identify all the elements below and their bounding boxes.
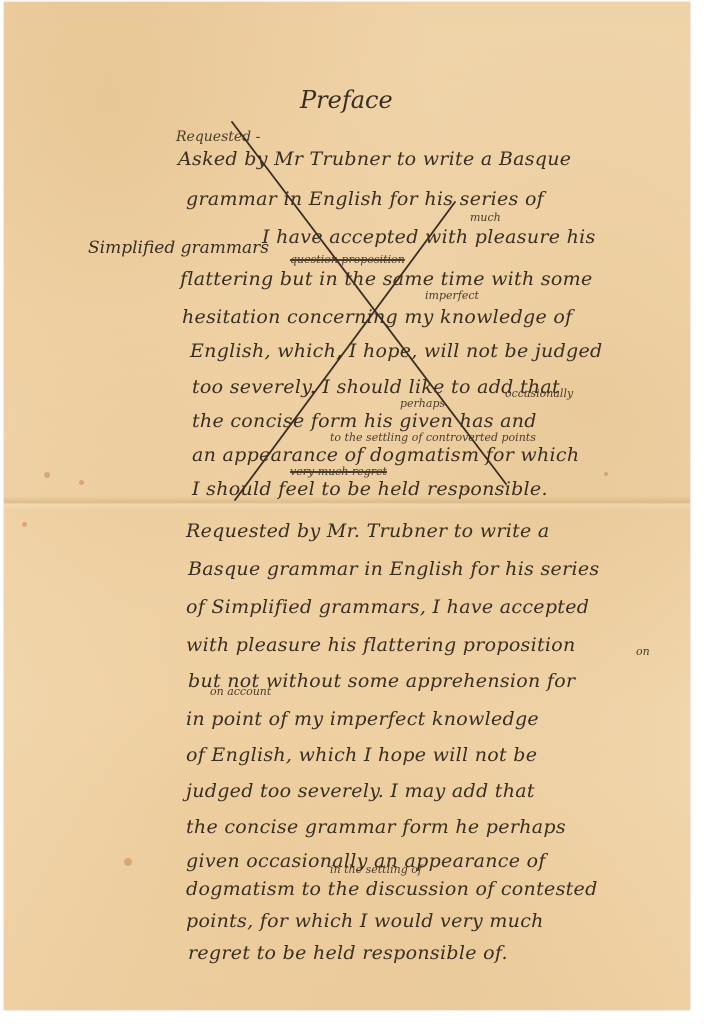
foxing-spot bbox=[604, 472, 608, 476]
revised-line: Basque grammar in English for his series bbox=[188, 560, 599, 579]
draft-line: I should feel to be held responsible. bbox=[192, 480, 548, 499]
revised-line: in point of my imperfect knowledge bbox=[186, 710, 539, 729]
draft-line: I have accepted with pleasure his bbox=[262, 228, 596, 247]
foxing-spot bbox=[79, 480, 84, 485]
foxing-spot bbox=[124, 858, 132, 866]
insertion-on-account: on account bbox=[210, 686, 271, 697]
foxing-spot bbox=[22, 522, 27, 527]
draft-line: the concise form his given has and bbox=[192, 412, 537, 431]
insertion-requested: Requested - bbox=[176, 130, 260, 144]
revised-line: points, for which I would very much bbox=[186, 912, 544, 931]
insertion-occasionally: occasionally bbox=[505, 388, 573, 399]
revised-line: Requested by Mr. Trubner to write a bbox=[186, 522, 550, 541]
insertion-controverted: to the settling of controverted points bbox=[330, 432, 536, 443]
revised-line: regret to be held responsible of. bbox=[188, 944, 508, 963]
revised-line: judged too severely. I may add that bbox=[186, 782, 535, 801]
page-title: Preface bbox=[300, 88, 393, 112]
draft-line: an appearance of dogmatism for which bbox=[192, 446, 579, 465]
revised-line: with pleasure his flattering proposition bbox=[186, 636, 576, 655]
margin-note: Simplified grammars bbox=[88, 240, 269, 257]
insertion-much: much bbox=[470, 212, 501, 223]
draft-line: grammar in English for his series of bbox=[186, 190, 544, 209]
revised-line: of English, which I hope will not be bbox=[186, 746, 537, 765]
foxing-spot bbox=[44, 472, 50, 478]
revised-line: dogmatism to the discussion of contested bbox=[186, 880, 598, 899]
insertion-perhaps: perhaps bbox=[400, 398, 445, 409]
insertion-regret: very much regret bbox=[290, 466, 387, 477]
insertion-proposition: question proposition bbox=[290, 254, 405, 265]
draft-line: hesitation concerning my knowledge of bbox=[182, 308, 572, 327]
revised-line: the concise grammar form he perhaps bbox=[186, 818, 566, 837]
revised-line: of Simplified grammars, I have accepted bbox=[186, 598, 589, 617]
insertion-on: on bbox=[636, 646, 650, 657]
insertion-imperfect: imperfect bbox=[425, 290, 479, 301]
draft-line: English, which, I hope, will not be judg… bbox=[190, 342, 603, 361]
draft-line: Asked by Mr Trubner to write a Basque bbox=[178, 150, 571, 169]
insertion-settling: in the settling of bbox=[330, 864, 422, 875]
draft-line: flattering but in the same time with som… bbox=[180, 270, 593, 289]
